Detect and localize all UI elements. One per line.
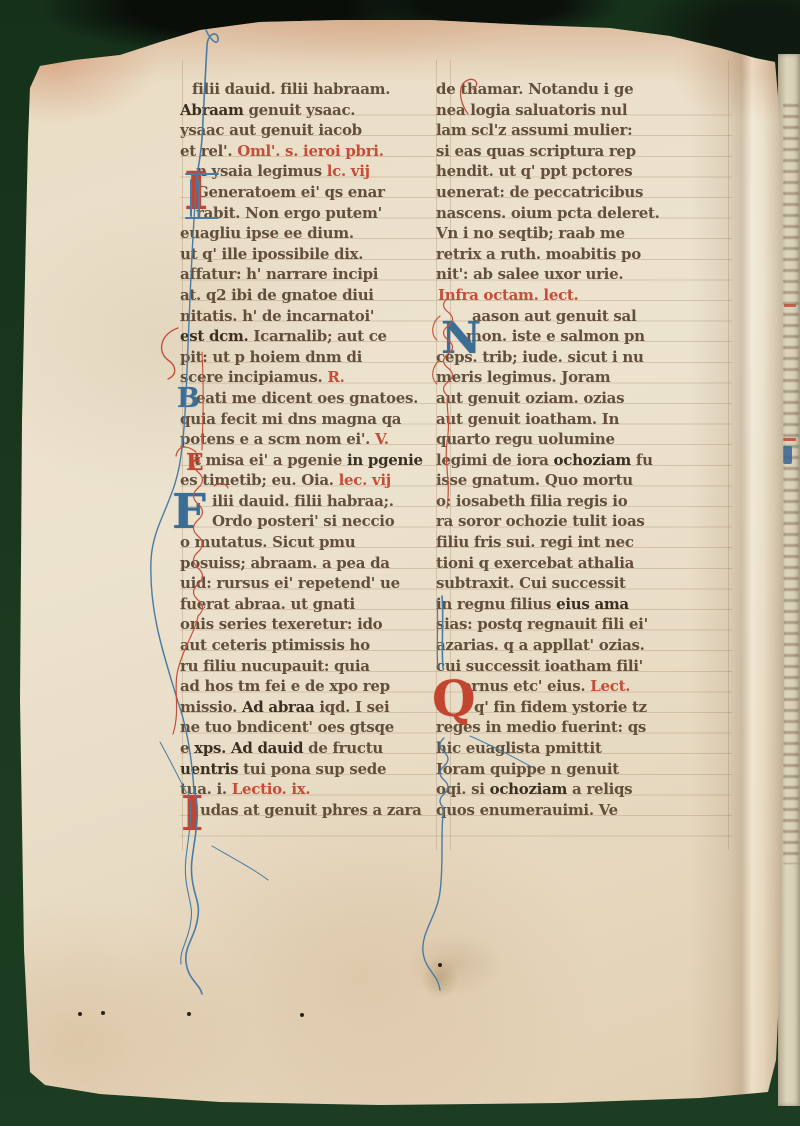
next-page-text-lines xyxy=(783,104,799,864)
text-line: tua. i. Lectio. ix. xyxy=(180,779,420,800)
text-line: quos enumerauimi. Ve xyxy=(436,800,714,821)
text-line: tioni q exercebat athalia xyxy=(436,553,714,574)
text-line: filiu fris sui. regi int nec xyxy=(436,532,714,553)
text-line: reges in medio fuerint: qs xyxy=(436,717,714,738)
text-line: est dcm. Icarnalib; aut ce xyxy=(180,326,420,347)
text-line: aut ceteris ptimissis ho xyxy=(180,635,420,656)
text-line: ne tuo bndicent' oes gtsqe xyxy=(180,717,420,738)
text-line: uenerat: de peccatricibus xyxy=(436,182,714,203)
text-line: Ioram quippe n genuit xyxy=(436,759,714,780)
text-line: affatur: h' narrare incipi xyxy=(180,264,420,285)
text-line: uentris tui pona sup sede xyxy=(180,759,420,780)
text-line: filii dauid. filii habraam. xyxy=(180,79,420,100)
text-line: es timetib; eu. Oia. lec. vij xyxy=(180,470,420,491)
text-line: t misa ei' a pgenie in pgenie xyxy=(180,450,420,471)
text-line: subtraxit. Cui successit xyxy=(436,573,714,594)
text-line: ilii dauid. filii habraa;. xyxy=(180,491,420,512)
text-line: potens e a scm nom ei'. V. xyxy=(180,429,420,450)
text-line: at. q2 ibi de gnatoe diui xyxy=(180,285,420,306)
text-line: Ordo posteri' si neccio xyxy=(180,511,420,532)
text-line: aason aut genuit sal xyxy=(436,306,714,327)
text-line: legimi de iora ochoziam fu xyxy=(436,450,714,471)
next-page-rubric-mark xyxy=(783,438,796,441)
text-line: ernus etc' eius. Lect. xyxy=(436,676,714,697)
text-line: o: iosabeth filia regis io xyxy=(436,491,714,512)
text-line: udas at genuit phres a zara xyxy=(180,800,420,821)
text-line: Abraam genuit ysaac. xyxy=(180,100,420,121)
text-line: meris legimus. Joram xyxy=(436,367,714,388)
text-line: hic euaglista pmittit xyxy=(436,738,714,759)
text-line: ra soror ochozie tulit ioas xyxy=(436,511,714,532)
text-line: isse gnatum. Quo mortu xyxy=(436,470,714,491)
text-line: ceps. trib; iude. sicut i nu xyxy=(436,347,714,368)
text-line: Infra octam. lect. xyxy=(436,285,714,306)
text-line: ysaac aut genuit iacob xyxy=(180,120,420,141)
text-line: cui successit ioatham fili' xyxy=(436,656,714,677)
text-line: quarto regu uolumine xyxy=(436,429,714,450)
text-line: quia fecit mi dns magna qa xyxy=(180,409,420,430)
text-line: q' fin fidem ystorie tz xyxy=(436,697,714,718)
text-line: missio. Ad abraa iqd. I sei xyxy=(180,697,420,718)
text-line: sias: postq regnauit fili ei' xyxy=(436,614,714,635)
next-page-rubric-mark xyxy=(784,304,796,307)
text-line: ad hos tm fei e de xpo rep xyxy=(180,676,420,697)
text-line: oqi. si ochoziam a reliqs xyxy=(436,779,714,800)
text-line: fuerat abraa. ut gnati xyxy=(180,594,420,615)
text-line: pit: ut p hoiem dnm di xyxy=(180,347,420,368)
text-line: nitatis. h' de incarnatoi' xyxy=(180,306,420,327)
text-line: Vn i no seqtib; raab me xyxy=(436,223,714,244)
text-line: aut genuit ioatham. In xyxy=(436,409,714,430)
text-line: e xps. Ad dauid de fructu xyxy=(180,738,420,759)
text-line: et rel'. Oml'. s. ieroi pbri. xyxy=(180,141,420,162)
column-right: de thamar. Notandu i genea logia saluato… xyxy=(436,79,714,820)
text-line: uid: rursus ei' repetend' ue xyxy=(180,573,420,594)
vertical-ruling xyxy=(728,60,729,850)
column-left: filii dauid. filii habraam.Abraam genuit… xyxy=(180,79,420,820)
text-line: in regnu filius eius ama xyxy=(436,594,714,615)
text-line: onis series texeretur: ido xyxy=(180,614,420,635)
text-line: mon. iste e salmon pn xyxy=(436,326,714,347)
text-line: posuiss; abraam. a pea da xyxy=(180,553,420,574)
text-line: o mutatus. Sicut pmu xyxy=(180,532,420,553)
manuscript-photo: filii dauid. filii habraam.Abraam genuit… xyxy=(0,0,800,1126)
text-line: nit': ab salee uxor urie. xyxy=(436,264,714,285)
next-page-blue-initial xyxy=(783,446,792,464)
text-line: n ysaia legimus lc. vij xyxy=(180,161,420,182)
text-line: nea logia saluatoris nul xyxy=(436,100,714,121)
text-line: ru filiu nucupauit: quia xyxy=(180,656,420,677)
text-line: scere incipiamus. R. xyxy=(180,367,420,388)
text-line: ut q' ille ipossibile dix. xyxy=(180,244,420,265)
text-line: de thamar. Notandu i ge xyxy=(436,79,714,100)
text-line: aut genuit oziam. ozias xyxy=(436,388,714,409)
text-line: lam scl'z assumi mulier: xyxy=(436,120,714,141)
text-line: Generatoem ei' qs enar xyxy=(180,182,420,203)
text-line: si eas quas scriptura rep xyxy=(436,141,714,162)
text-line: nascens. oium pcta deleret. xyxy=(436,203,714,224)
text-line: rabit. Non ergo putem' xyxy=(180,203,420,224)
text-line: azarias. q a appllat' ozias. xyxy=(436,635,714,656)
text-line: euagliu ipse ee dium. xyxy=(180,223,420,244)
text-line: eati me dicent oes gnatoes. xyxy=(180,388,420,409)
text-line: retrix a ruth. moabitis po xyxy=(436,244,714,265)
text-line: hendit. ut q' ppt pctores xyxy=(436,161,714,182)
